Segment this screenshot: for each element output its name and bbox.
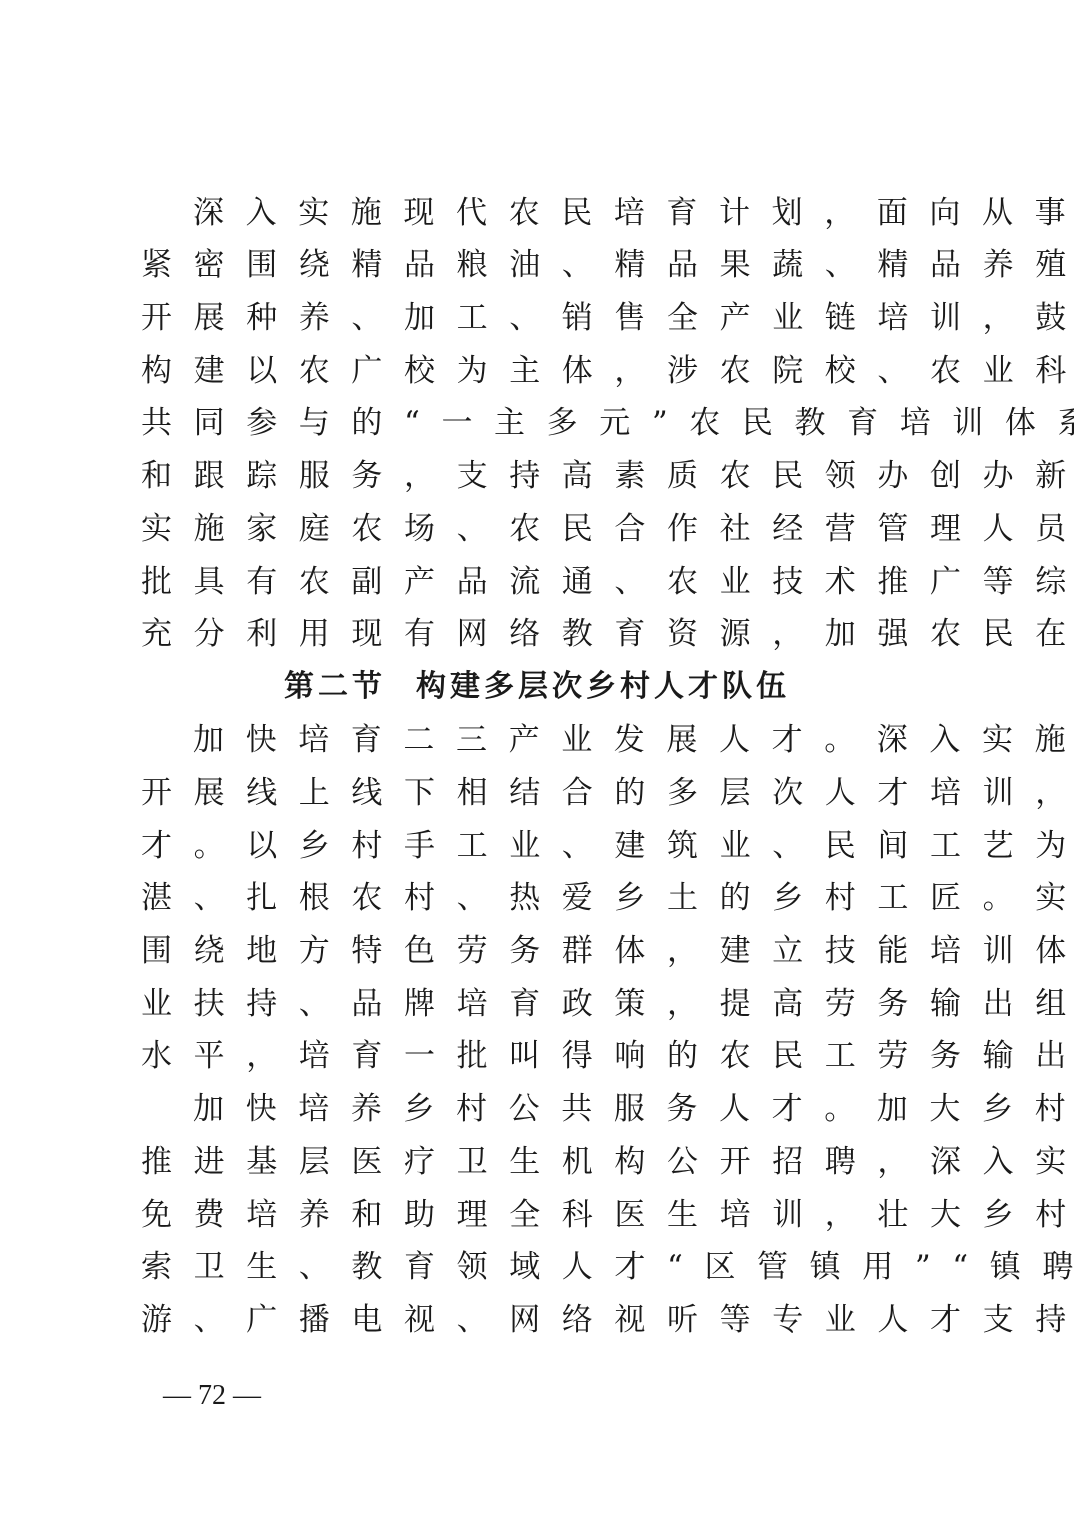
- paragraph-1-line-2: 紧密围绕精品粮油、精品果蔬、精品养殖等主导产业，分层分类: [141, 239, 941, 292]
- paragraph-1-line-6: 和跟踪服务，支持高素质农民领办创办新型农业经营主体。深入: [141, 450, 941, 503]
- paragraph-2-line-5: 围绕地方特色劳务群体，建立技能培训体系和评价体系，完善创: [141, 925, 941, 978]
- paragraph-2-line-6: 业扶持、品牌培育政策，提高劳务输出组织化、专业化、标准化: [141, 978, 941, 1031]
- page-number: — 72 —: [163, 1378, 261, 1414]
- paragraph-1-line-3: 开展种养、加工、销售全产业链培训，鼓励按产业开设专题班。: [141, 292, 941, 345]
- section-title: 构建多层次乡村人才队伍: [416, 660, 790, 713]
- paragraph-3-line-3: 免费培养和助理全科医生培训，壮大乡村卫生健康工作队伍。探: [141, 1189, 941, 1242]
- paragraph-2-line-7: 水平，培育一批叫得响的农民工劳务输出品牌。: [141, 1030, 941, 1083]
- document-page: 深入实施现代农民培育计划，面向从事适度规模经营农民， 紧密围绕精品粮油、精品果蔬…: [0, 0, 1074, 1520]
- paragraph-2-line-1: 加快培育二三产业发展人才。深入实施电商专家下乡活动，: [193, 714, 993, 767]
- paragraph-1-line-8: 批具有农副产品流通、农业技术推广等综合技能的农村经纪人。: [141, 556, 941, 609]
- paragraph-1-line-1: 深入实施现代农民培育计划，面向从事适度规模经营农民，: [193, 187, 993, 240]
- paragraph-1-line-5: 共同参与的“一主多元”农民教育培训体系。加强训后技术指导: [141, 397, 941, 450]
- section-heading: 第二节构建多层次乡村人才队伍: [0, 660, 1074, 713]
- paragraph-3-line-1: 加快培养乡村公共服务人才。加大乡村骨干教师引进力度。: [193, 1083, 993, 1136]
- paragraph-1-line-4: 构建以农广校为主体，涉农院校、农业科研单位、农技推广机构: [141, 345, 941, 398]
- paragraph-3-line-5: 游、广播电视、网络视听等专业人才支持政策，培养一批乡村文: [141, 1294, 941, 1347]
- paragraph-1-line-9: 充分利用现有网络教育资源，加强农民在线教育培训。: [141, 608, 941, 661]
- paragraph-2-line-4: 湛、扎根农村、热爱乡土的乡村工匠。实施劳务输出品牌计划，: [141, 872, 941, 925]
- paragraph-3-line-2: 推进基层医疗卫生机构公开招聘，深入实施农村订单定向医学生: [141, 1136, 941, 1189]
- paragraph-1-line-7: 实施家庭农场、农民合作社经营管理人员能力提升行动，培育一: [141, 503, 941, 556]
- paragraph-2-line-3: 才。以乡村手工业、建筑业、民间工艺为重点，培育一批技艺精: [141, 820, 941, 873]
- paragraph-3-line-4: 索卫生、教育领域人才“区管镇用”“镇聘村用”。完善文化和旅: [141, 1241, 941, 1294]
- section-number: 第二节: [284, 660, 386, 713]
- paragraph-2-line-2: 开展线上线下相结合的多层次人才培训，培育一批农村电商人: [141, 767, 941, 820]
